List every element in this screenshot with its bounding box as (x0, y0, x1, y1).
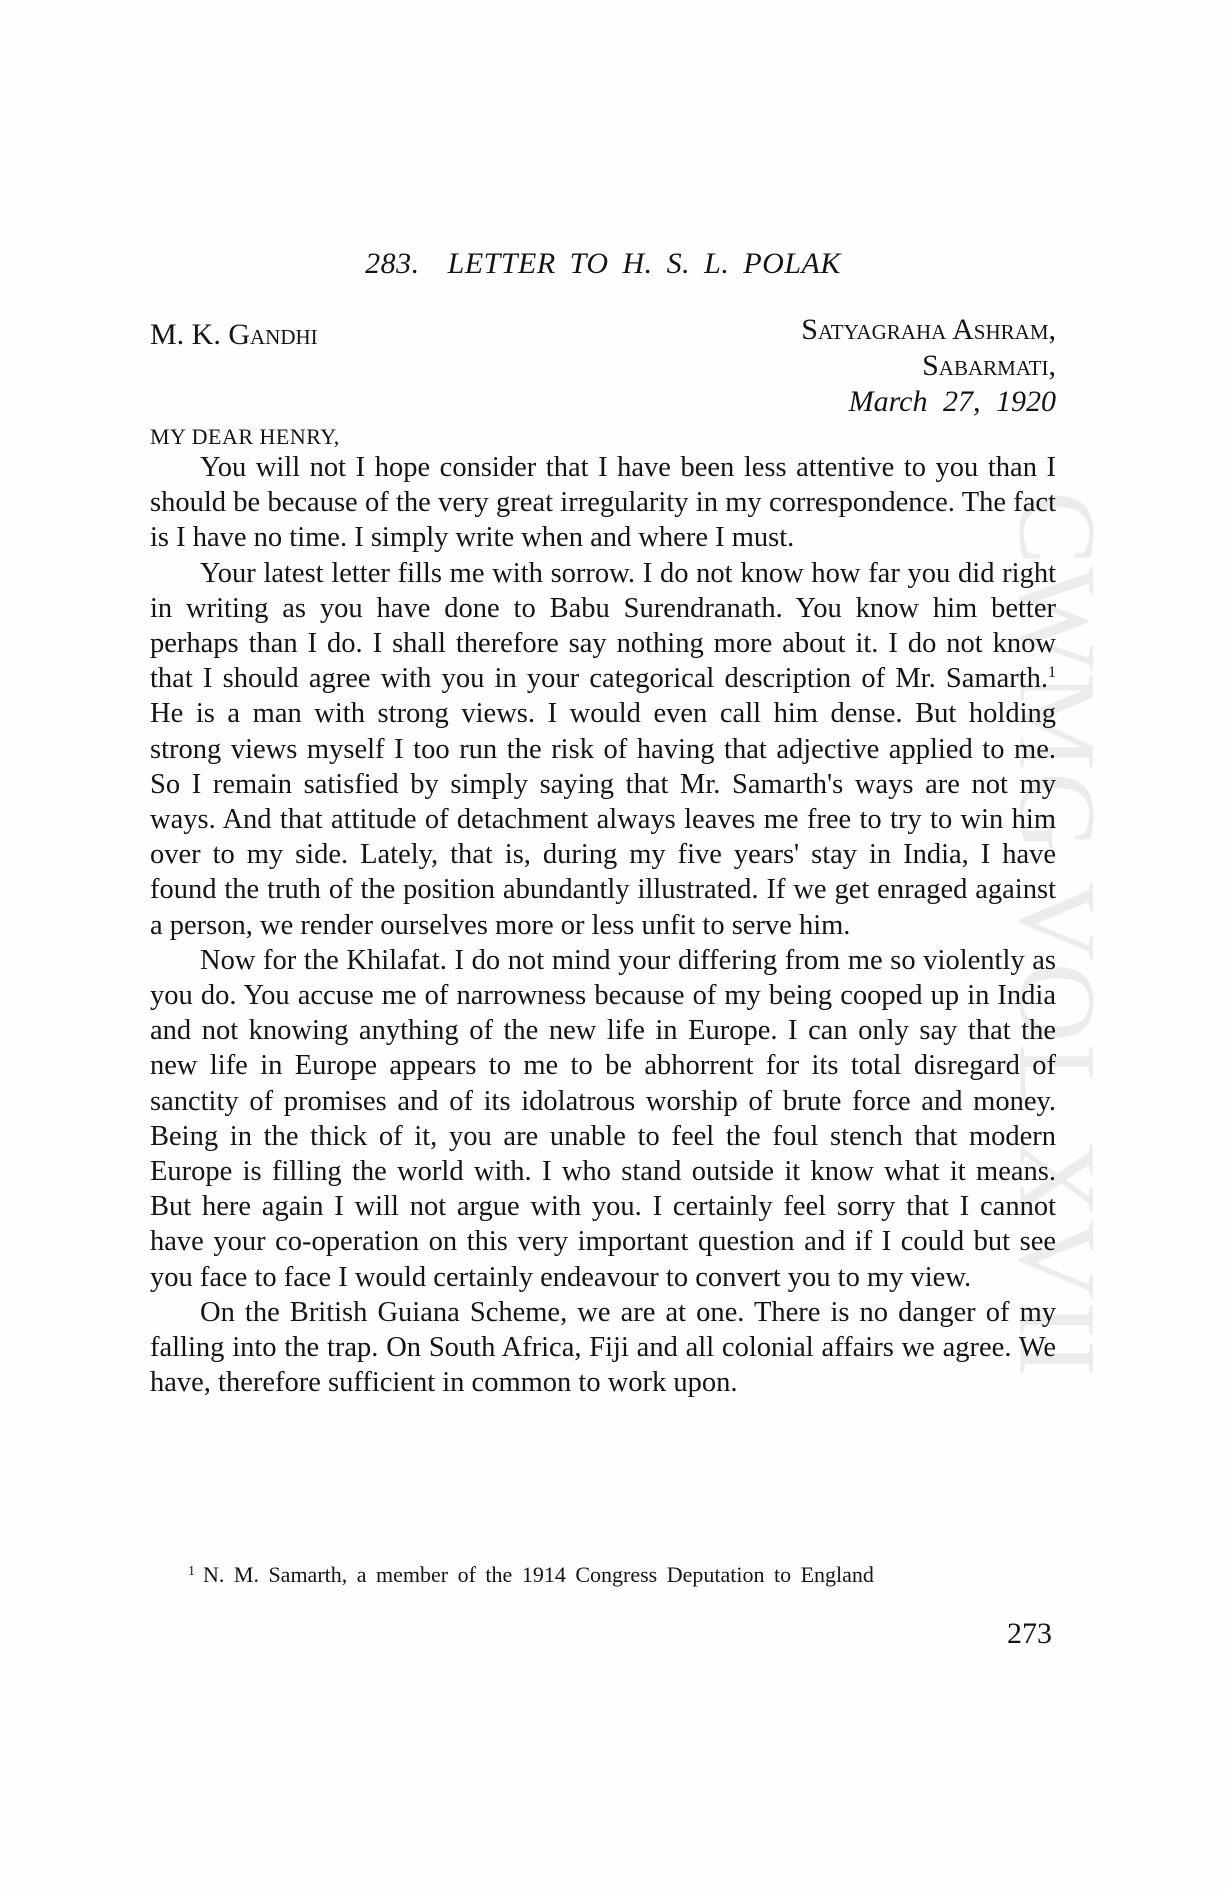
paragraph-2-part-1: Your latest letter fills me with sorrow.… (150, 558, 1056, 695)
salutation: MY DEAR HENRY, (150, 424, 340, 450)
document-page: 283.LETTER TO H. S. L. POLAK M. K. Gandh… (150, 0, 1056, 1890)
letter-body: You will not I hope consider that I have… (150, 450, 1056, 1400)
sender-address: Satyagraha Ashram, Sabarmati, March 27, … (801, 312, 1056, 420)
footnote-reference[interactable]: 1 (1048, 664, 1056, 681)
letter-number: 283. (365, 247, 420, 280)
paragraph-1: You will not I hope consider that I have… (150, 450, 1056, 556)
letter-date: March 27, 1920 (801, 384, 1056, 420)
paragraph-2-part-2: He is a man with strong views. I would e… (150, 698, 1056, 940)
sender-name: M. K. Gandhi (150, 318, 318, 352)
letter-title-text: LETTER TO H. S. L. POLAK (448, 247, 841, 280)
paragraph-4: On the British Guiana Scheme, we are at … (150, 1295, 1056, 1401)
footnote-marker: 1 (188, 1564, 195, 1579)
address-line-1: Satyagraha Ashram, (801, 312, 1056, 348)
paragraph-2: Your latest letter fills me with sorrow.… (150, 556, 1056, 943)
paragraph-3: Now for the Khilafat. I do not mind your… (150, 943, 1056, 1295)
footnote: 1N. M. Samarth, a member of the 1914 Con… (188, 1562, 874, 1588)
page-number: 273 (1007, 1617, 1052, 1651)
address-line-2: Sabarmati, (801, 348, 1056, 384)
letter-title: 283.LETTER TO H. S. L. POLAK (150, 247, 1056, 281)
footnote-text: N. M. Samarth, a member of the 1914 Cong… (203, 1562, 874, 1587)
